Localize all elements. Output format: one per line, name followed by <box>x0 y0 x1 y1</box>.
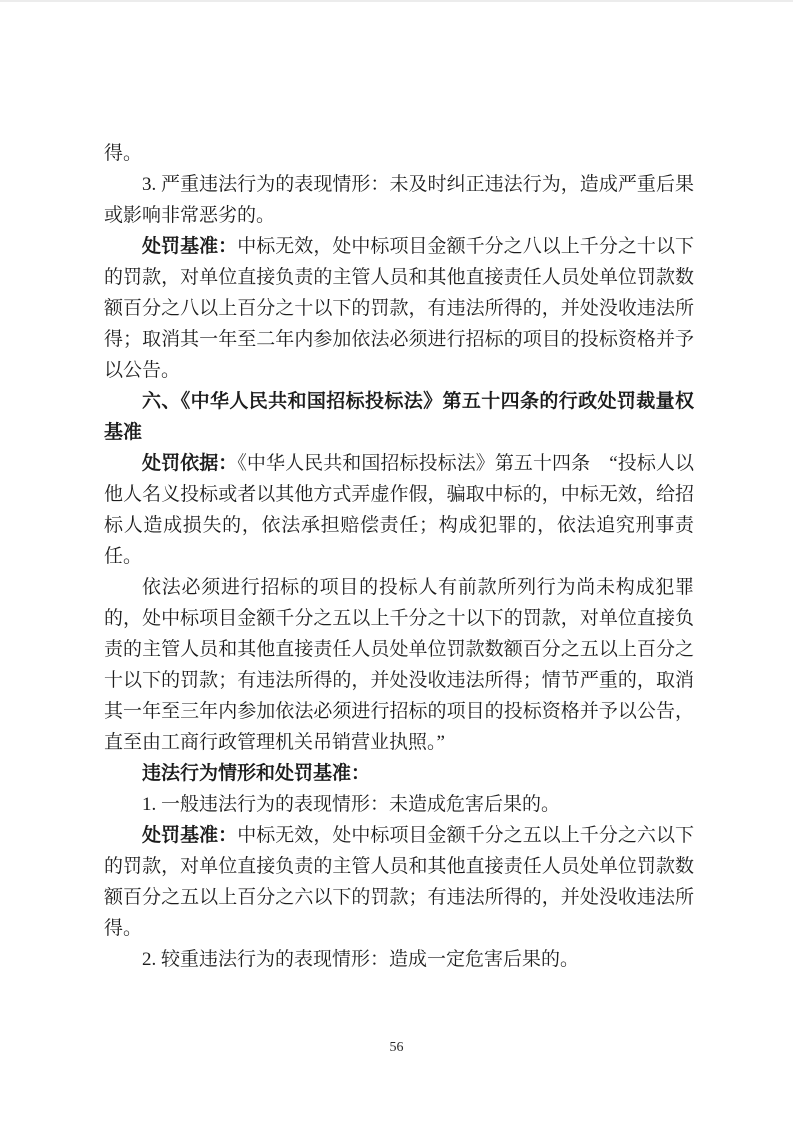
para-penalty-basis: 处罚依据：《中华人民共和国招标投标法》第五十四条 “投标人以他人名义投标或者以其… <box>104 448 694 572</box>
para-section-6-heading: 六、《中华人民共和国招标投标法》第五十四条的行政处罚裁量权基准 <box>104 386 694 448</box>
text-run: 得。 <box>104 143 142 164</box>
para-situations-label: 违法行为情形和处罚基准： <box>104 758 694 789</box>
bold-label-run: 处罚基准： <box>142 236 237 257</box>
bold-label-run: 违法行为情形和处罚基准： <box>142 763 370 784</box>
para-penalty-basis-continued: 依法必须进行招标的项目的投标人有前款所列行为尚未构成犯罪的，处中标项目金额千分之… <box>104 572 694 758</box>
bold-label-run: 处罚基准： <box>142 825 237 846</box>
para-item-2-serious: 2. 较重违法行为的表现情形：造成一定危害后果的。 <box>104 944 694 975</box>
text-run: 2. 较重违法行为的表现情形：造成一定危害后果的。 <box>142 949 579 970</box>
para-penalty-standard-severe: 处罚基准：中标无效，处中标项目金额千分之八以上千分之十以下的罚款，对单位直接负责… <box>104 231 694 386</box>
page-number: 56 <box>0 1039 793 1057</box>
text-run: 中标无效，处中标项目金额千分之八以上千分之十以下的罚款，对单位直接负责的主管人员… <box>104 236 694 381</box>
bold-label-run: 处罚依据： <box>142 453 237 474</box>
text-run: 依法必须进行招标的项目的投标人有前款所列行为尚未构成犯罪的，处中标项目金额千分之… <box>104 577 694 753</box>
page-top-edge <box>0 0 793 2</box>
text-run: 3. 严重违法行为的表现情形：未及时纠正违法行为，造成严重后果或影响非常恶劣的。 <box>104 174 694 226</box>
bold-label-run: 六、《中华人民共和国招标投标法》第五十四条的行政处罚裁量权基准 <box>104 391 694 443</box>
para-carryover-tail: 得。 <box>104 138 694 169</box>
text-run: 1. 一般违法行为的表现情形：未造成危害后果的。 <box>142 794 560 815</box>
document-page: 得。3. 严重违法行为的表现情形：未及时纠正违法行为，造成严重后果或影响非常恶劣… <box>0 0 793 1122</box>
para-penalty-standard-general: 处罚基准：中标无效，处中标项目金额千分之五以上千分之六以下的罚款，对单位直接负责… <box>104 820 694 944</box>
para-item-1-general: 1. 一般违法行为的表现情形：未造成危害后果的。 <box>104 789 694 820</box>
document-body: 得。3. 严重违法行为的表现情形：未及时纠正违法行为，造成严重后果或影响非常恶劣… <box>104 138 694 975</box>
para-item-3-severe: 3. 严重违法行为的表现情形：未及时纠正违法行为，造成严重后果或影响非常恶劣的。 <box>104 169 694 231</box>
